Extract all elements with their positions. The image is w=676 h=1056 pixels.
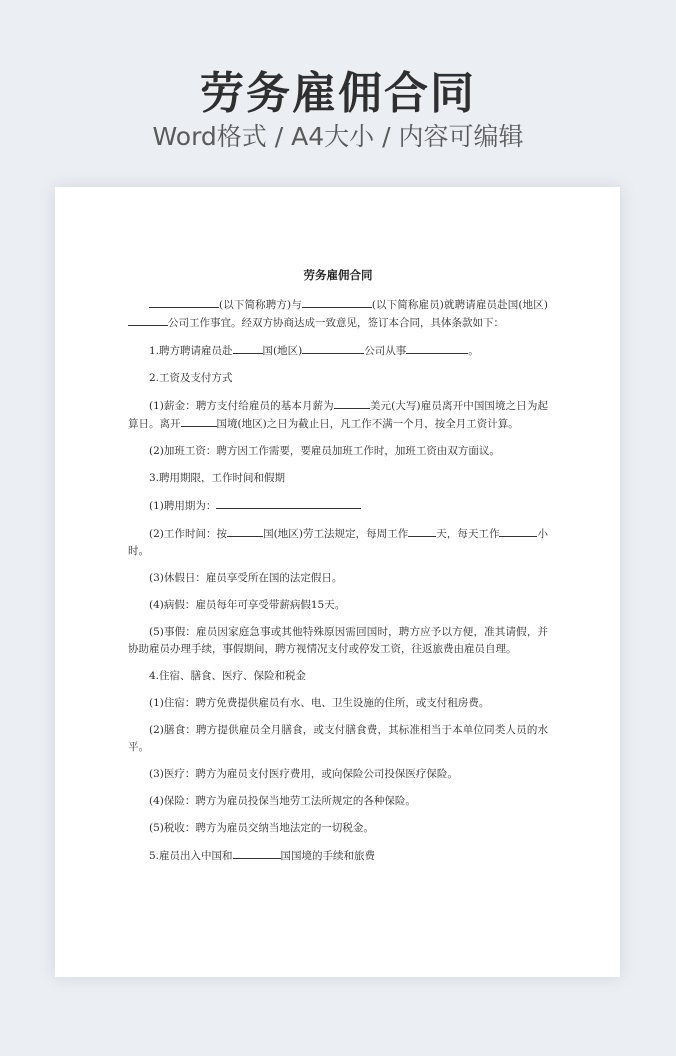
paragraph-text: 国境(地区)之日为截止日，凡工作不满一个月，按全月工资计算。 [217, 418, 519, 430]
paragraph-text: 国(地区) [263, 345, 303, 357]
paragraph-text: (4)保险：聘方为雇员投保当地劳工法所规定的各种保险。 [149, 795, 416, 807]
paragraph-text: 4.住宿、膳食、医疗、保险和税金 [149, 670, 306, 682]
paragraph-text: (3)医疗：聘方为雇员支付医疗费用，或向保险公司投保医疗保险。 [149, 768, 458, 780]
fill-in-blank[interactable] [408, 525, 436, 537]
document-paragraph: 3.聘用期限，工作时间和假期 [128, 470, 548, 487]
paragraph-text: (以下简称聘方)与 [219, 299, 302, 311]
paragraph-text: 国国境的手续和旅费 [281, 850, 376, 862]
document-paragraph: (1)住宿：聘方免费提供雇员有水、电、卫生设施的住所，或支付租房费。 [128, 695, 548, 712]
fill-in-blank[interactable] [227, 525, 263, 537]
paragraph-text: 。 [468, 345, 479, 357]
document-paragraph: (3)医疗：聘方为雇员支付医疗费用，或向保险公司投保医疗保险。 [128, 766, 548, 783]
paragraph-text: (1)聘用期为： [149, 500, 216, 512]
paragraph-text: (1)住宿：聘方免费提供雇员有水、电、卫生设施的住所，或支付租房费。 [149, 697, 489, 709]
document-page: 劳务雇佣合同 (以下简称聘方)与(以下简称雇员)就聘请雇员赴国(地区)公司工作事… [55, 187, 620, 977]
document-title: 劳务雇佣合同 [128, 267, 548, 284]
fill-in-blank[interactable] [334, 397, 370, 409]
paragraph-list: (以下简称聘方)与(以下简称雇员)就聘请雇员赴国(地区)公司工作事宜。经双方协商… [128, 296, 548, 865]
document-paragraph: (2)加班工资：聘方因工作需要，要雇员加班工作时，加班工资由双方面议。 [128, 443, 548, 460]
paragraph-text: 1.聘方聘请雇员赴 [149, 345, 233, 357]
document-body: 劳务雇佣合同 (以下简称聘方)与(以下简称雇员)就聘请雇员赴国(地区)公司工作事… [128, 267, 548, 875]
fill-in-blank[interactable] [216, 497, 361, 509]
fill-in-blank[interactable] [406, 342, 468, 354]
document-paragraph: 2.工资及支付方式 [128, 370, 548, 387]
document-paragraph: 4.住宿、膳食、医疗、保险和税金 [128, 668, 548, 685]
paragraph-text: 国(地区)劳工法规定，每周工作 [263, 528, 408, 540]
fill-in-blank[interactable] [233, 342, 263, 354]
document-paragraph: (3)休假日：雇员享受所在国的法定假日。 [128, 570, 548, 587]
document-paragraph: (4)病假：雇员每年可享受带薪病假15天。 [128, 597, 548, 614]
document-paragraph: (1)薪金：聘方支付给雇员的基本月薪为美元(大写)雇员离开中国国境之日为起算日。… [128, 397, 548, 433]
paragraph-text: (以下简称雇员)就聘请雇员赴国(地区) [372, 299, 548, 311]
document-paragraph: (2)膳食：聘方提供雇员全月膳食，或支付膳食费，其标准相当于本单位同类人员的水平… [128, 722, 548, 756]
fill-in-blank[interactable] [128, 314, 168, 326]
paragraph-text: 天，每天工作 [436, 528, 499, 540]
paragraph-text: (4)病假：雇员每年可享受带薪病假15天。 [149, 599, 345, 611]
paragraph-text: (1)薪金：聘方支付给雇员的基本月薪为 [149, 400, 334, 412]
document-paragraph: (5)税收：聘方为雇员交纳当地法定的一切税金。 [128, 820, 548, 837]
hero-title: 劳务雇佣合同 [0, 66, 676, 122]
document-paragraph: 1.聘方聘请雇员赴国(地区)公司从事。 [128, 342, 548, 360]
fill-in-blank[interactable] [499, 525, 537, 537]
document-paragraph: 5.雇员出入中国和国国境的手续和旅费 [128, 847, 548, 865]
paragraph-text: 公司从事 [364, 345, 406, 357]
fill-in-blank[interactable] [149, 296, 219, 308]
paragraph-text: 3.聘用期限，工作时间和假期 [149, 472, 285, 484]
paragraph-text: 5.雇员出入中国和 [149, 850, 233, 862]
document-paragraph: (5)事假：雇员因家庭急事或其他特殊原因需回国时，聘方应予以方便，准其请假，并协… [128, 624, 548, 658]
paragraph-text: (2)膳食：聘方提供雇员全月膳食，或支付膳食费，其标准相当于本单位同类人员的水平… [128, 724, 548, 753]
paragraph-text: (2)工作时间：按 [149, 528, 227, 540]
document-paragraph: (2)工作时间：按国(地区)劳工法规定，每周工作天，每天工作小时。 [128, 525, 548, 560]
paragraph-text: (2)加班工资：聘方因工作需要，要雇员加班工作时，加班工资由双方面议。 [149, 445, 500, 457]
fill-in-blank[interactable] [302, 296, 372, 308]
document-paragraph: (1)聘用期为： [128, 497, 548, 515]
paragraph-text: 公司工作事宜。经双方协商达成一致意见，签订本合同，具体条款如下： [168, 317, 504, 329]
fill-in-blank[interactable] [233, 847, 281, 859]
paragraph-text: (5)事假：雇员因家庭急事或其他特殊原因需回国时，聘方应予以方便，准其请假，并协… [128, 626, 548, 655]
fill-in-blank[interactable] [181, 415, 217, 427]
paragraph-text: 2.工资及支付方式 [149, 372, 233, 384]
paragraph-text: (3)休假日：雇员享受所在国的法定假日。 [149, 572, 342, 584]
fill-in-blank[interactable] [302, 342, 364, 354]
document-paragraph: (以下简称聘方)与(以下简称雇员)就聘请雇员赴国(地区)公司工作事宜。经双方协商… [128, 296, 548, 332]
document-paragraph: (4)保险：聘方为雇员投保当地劳工法所规定的各种保险。 [128, 793, 548, 810]
hero-subtitle: Word格式 / A4大小 / 内容可编辑 [0, 121, 676, 153]
paragraph-text: (5)税收：聘方为雇员交纳当地法定的一切税金。 [149, 822, 374, 834]
